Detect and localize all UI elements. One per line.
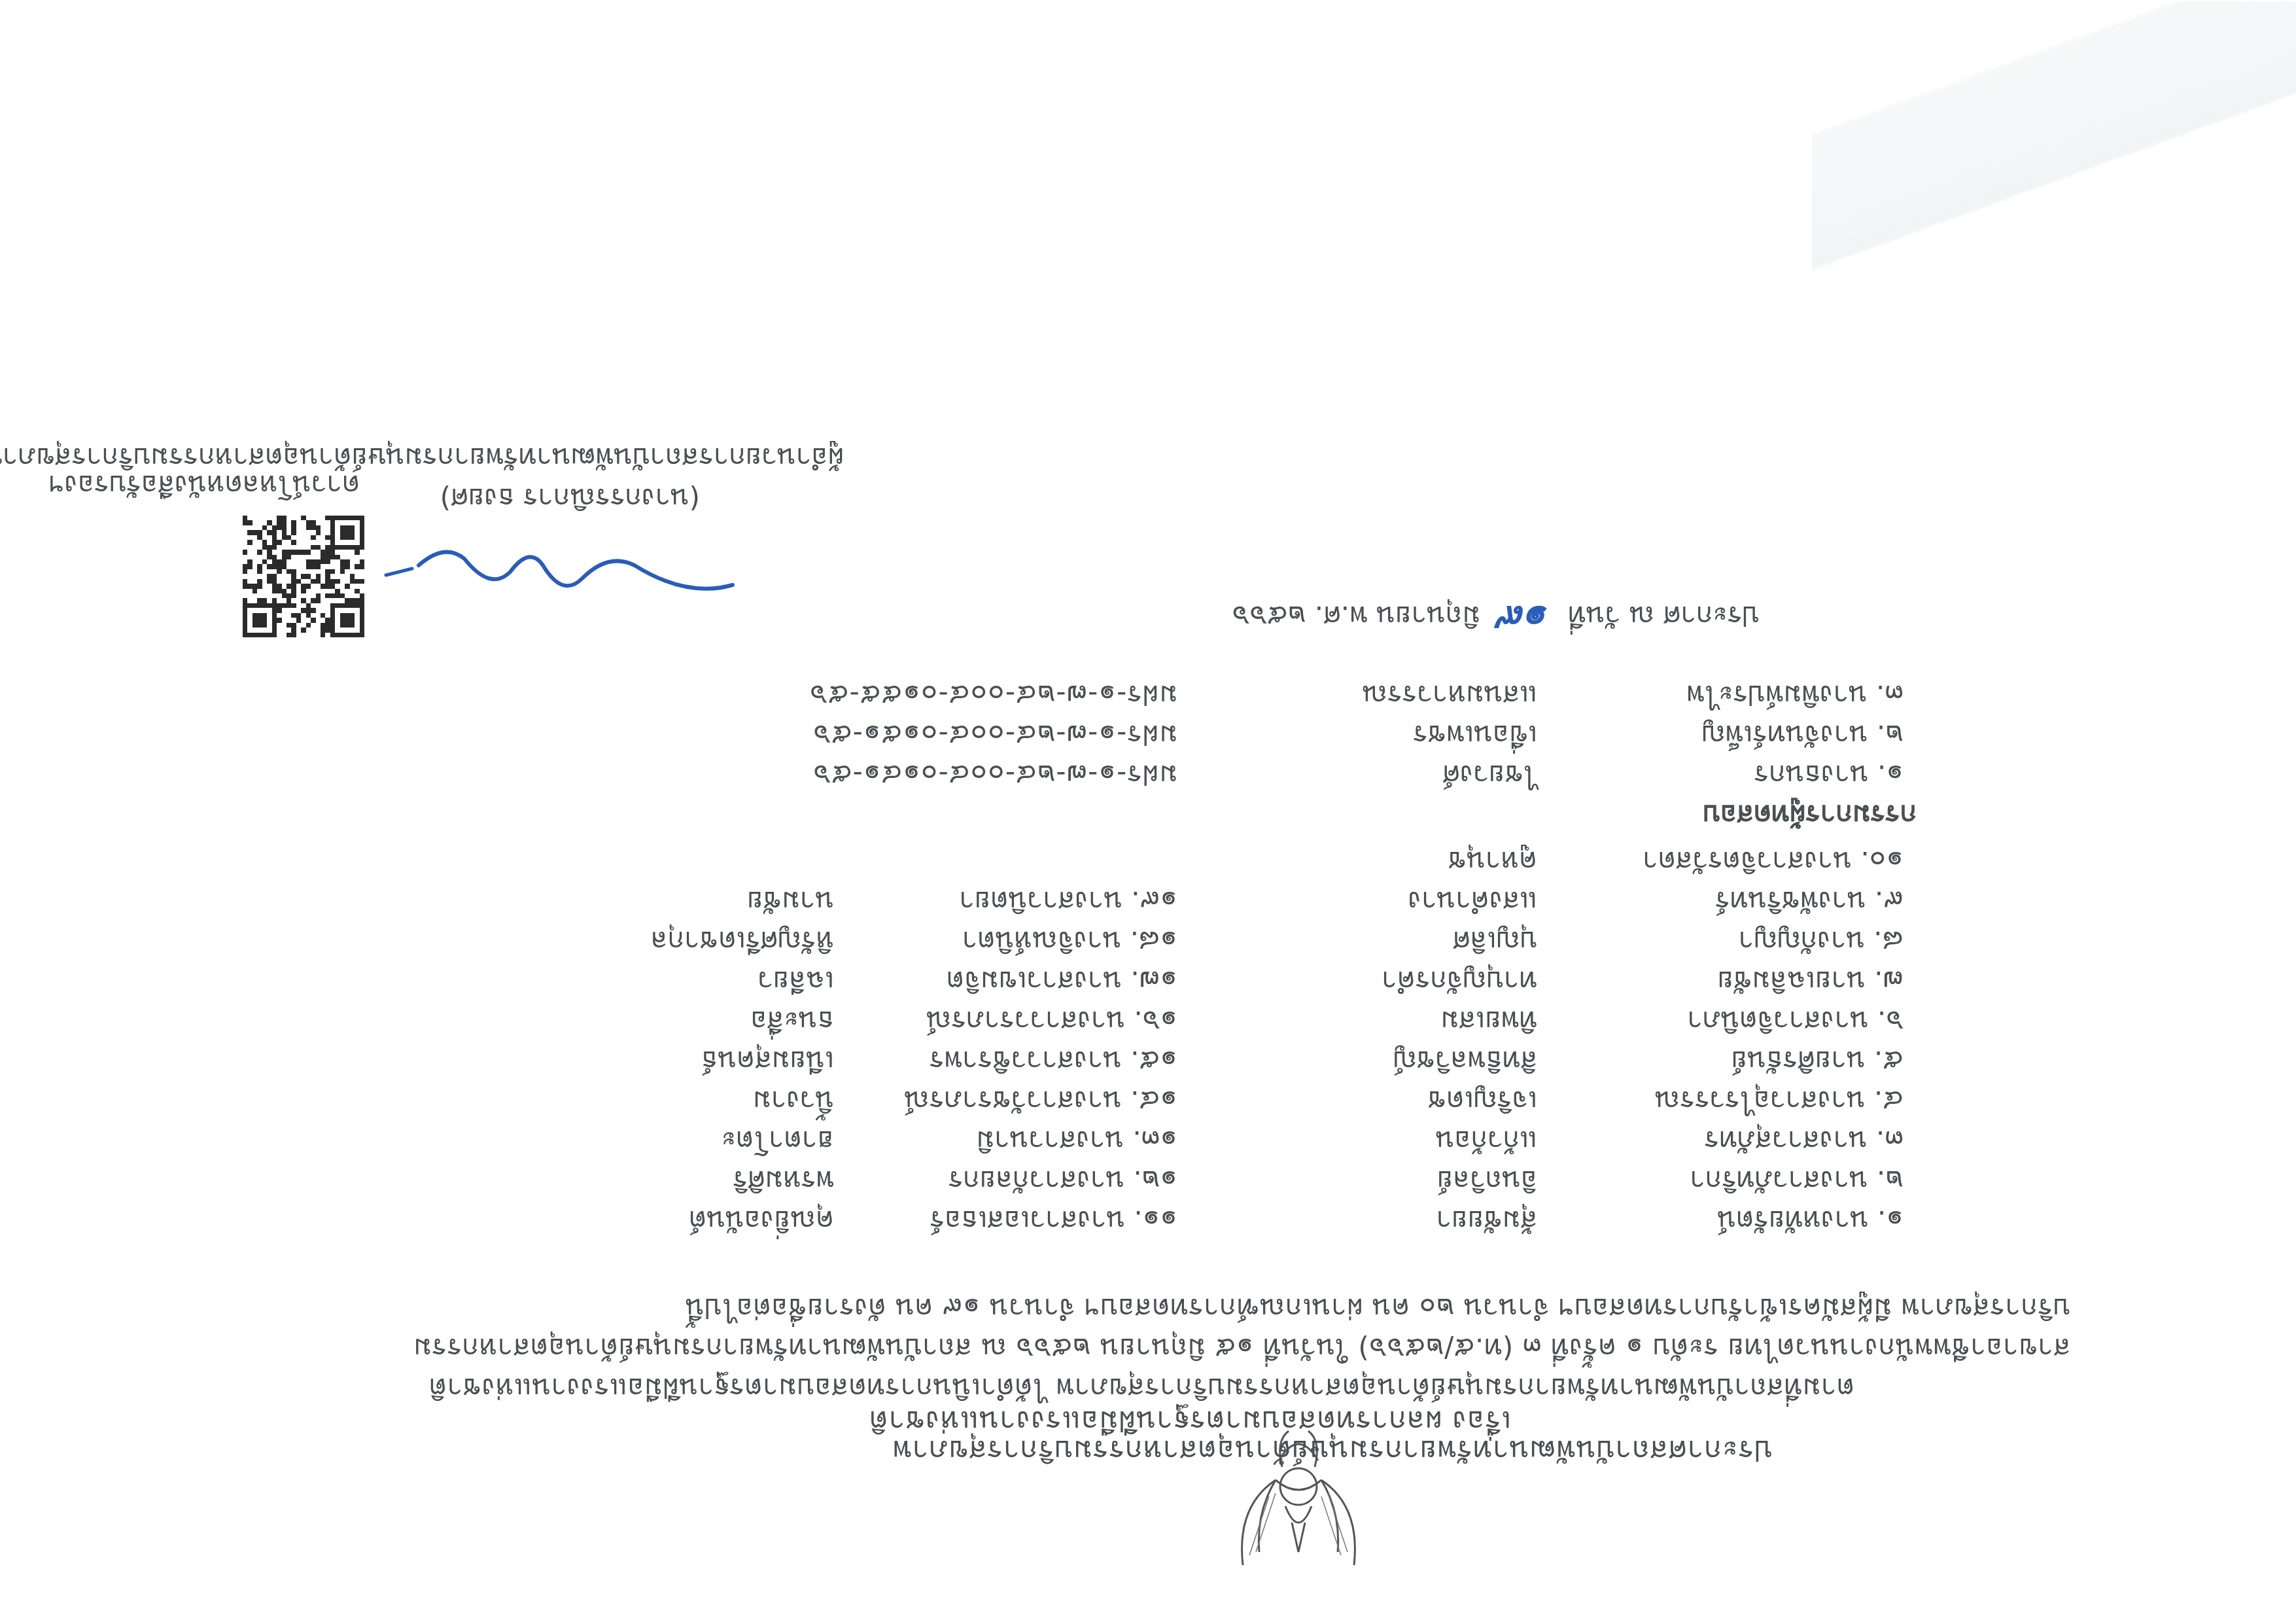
intro-paragraph: ตามที่สถาบันพัฒนาทรัพยากรมนุษย์ด้านอุตสา… <box>370 1288 2070 1408</box>
candidate-row: ๓. นางสาวสุภัทรแก้วก้อน๑๓. นางสาวนามิฮาต… <box>268 1122 1904 1162</box>
announce-month-year: มิถุนายน พ.ศ. ๒๕๖๖ <box>1232 600 1480 632</box>
passed-candidates-list: ๑. นางหทัยรัตน์สุ้มชัยยา๑๑. นางสาวเอสเธอ… <box>268 843 1904 1242</box>
committee-row: ๒. นางจันทร์เพ็ญเขื่อนเพชรมฝร-๑-๗-๒๔-๐๐๔… <box>334 716 1904 756</box>
candidate-surname: อินถวิลย์ <box>1262 1159 1537 1202</box>
candidate-surname: คูหานุช <box>1262 839 1537 883</box>
scanned-document-page: ประกาศสถาบันพัฒนาทรัพยากรมนุษย์ด้านอุตสา… <box>0 0 2296 1624</box>
candidate-row: ๑๐. นางสาวจิตรวัสดาคูหานุช <box>268 843 1904 883</box>
candidate-surname: พรหมศิริ <box>442 1159 834 1202</box>
qr-code-icon[interactable] <box>243 516 364 637</box>
intro-text: ตามที่สถาบันพัฒนาทรัพยากรมนุษย์ด้านอุตสา… <box>413 1292 2070 1404</box>
candidate-row: ๔. นางสาวอุไรวรรณเจริญเดช๑๔. นางสาววัชรา… <box>268 1082 1904 1122</box>
committee-license-code: มฝร-๑-๗-๒๔-๐๐๔-๐๑๔๑-๕๖ <box>812 753 1177 796</box>
committee-name: ๑. นางธนกร <box>1754 753 1904 796</box>
candidate-surname: นามชัย <box>442 879 834 923</box>
candidate-surname: คุณยิ่งอนันต์ <box>442 1199 834 1242</box>
candidate-surname: ทาบุญจักรคำ <box>1262 959 1537 1002</box>
committee-row: ๑. นางธนกรไชยวงศ์มฝร-๑-๗-๒๔-๐๐๔-๐๑๔๑-๕๖ <box>334 756 1904 796</box>
committee-row: ๓. นางพิมพ์ประไพแสนมหาวรรณมฝร-๑-๗-๒๔-๐๐๔… <box>334 677 1904 716</box>
announce-day-handwritten: ๑๙ <box>1498 597 1550 642</box>
candidate-surname: ฮาตาโตะ <box>442 1119 834 1162</box>
committee-name: ๒. นางจันทร์เพ็ญ <box>1701 713 1904 756</box>
committee-heading: กรรมการผู้ทดสอบ <box>1703 793 1917 836</box>
committee-list: ๑. นางธนกรไชยวงศ์มฝร-๑-๗-๒๔-๐๐๔-๐๑๔๑-๕๖๒… <box>334 677 1904 796</box>
candidate-surname: หิรัญศรีเดชากุล <box>442 919 834 962</box>
candidate-surname: ธนะสื่อ <box>442 999 834 1042</box>
candidate-surname: สิทธิพลวิชญ์ <box>1262 1039 1537 1082</box>
committee-license-code: มฝร-๑-๗-๒๔-๐๐๔-๐๑๕๑-๕๖ <box>812 713 1177 756</box>
candidate-row: ๕. นายศิรธันย์สิทธิพลวิชญ์๑๕. นางสาววชิร… <box>268 1042 1904 1082</box>
candidate-row: ๙. นางพัชรินทร์แสงคำนาง๑๙. นางสาวนิตยานา… <box>268 883 1904 923</box>
candidate-surname: เนียมสุคนธ์ <box>442 1039 834 1082</box>
announce-date: ประกาศ ณ วันที่ ๑๙ มิถุนายน พ.ศ. ๒๕๖๖ <box>1232 590 1760 650</box>
candidate-row: ๗. นายเฉลิมชัยทาบุญจักรคำ๑๗. นางสาวเขมจิ… <box>268 962 1904 1002</box>
candidate-row: ๑. นางหทัยรัตน์สุ้มชัยยา๑๑. นางสาวเอสเธอ… <box>268 1202 1904 1242</box>
candidate-surname: สุ้มชัยยา <box>1262 1199 1537 1242</box>
committee-name: ๓. นางพิมพ์ประไพ <box>1686 673 1904 716</box>
qr-download-label: ดาวน์โหลดหนังสือรับรองฯ <box>49 463 360 506</box>
candidate-surname: ทิพยเสม <box>1262 999 1537 1042</box>
candidate-surname: แก้วก้อน <box>1262 1119 1537 1162</box>
announce-prefix: ประกาศ ณ วันที่ <box>1568 600 1760 632</box>
committee-license-code: มฝร-๑-๗-๒๔-๐๐๔-๐๑๕๕-๕๖ <box>809 673 1177 716</box>
signer-name: (นางกรรณิการ ธงยศ) <box>440 476 700 520</box>
candidate-surname: บุญเลิศ <box>1262 919 1537 962</box>
committee-surname: แสนมหาวรรณ <box>1362 673 1537 716</box>
candidate-row: ๘. นางกัญญาบุญเลิศ๑๘. นางจิณห์นิตาหิรัญศ… <box>268 923 1904 962</box>
candidate-surname: แสงคำนาง <box>1262 879 1537 923</box>
folded-corner-artifact <box>1812 1 2296 276</box>
candidate-surname: เจริญเดช <box>1262 1079 1537 1122</box>
candidate-surname: นิ้วงาม <box>442 1079 834 1122</box>
candidate-row: ๒. นางสาวภัทริกาอินถวิลย์๑๒. นางสาวกัลยก… <box>268 1162 1904 1202</box>
committee-surname: เขื่อนเพชร <box>1413 713 1537 756</box>
candidate-row: ๖. นางสาวจิตนิภาทิพยเสม๑๖. นางสาววราภรณ์… <box>268 1002 1904 1042</box>
candidate-surname: เฉลียว <box>442 959 834 1002</box>
committee-surname: ไชยวงศ์ <box>1442 753 1537 796</box>
signature-icon <box>373 526 739 605</box>
